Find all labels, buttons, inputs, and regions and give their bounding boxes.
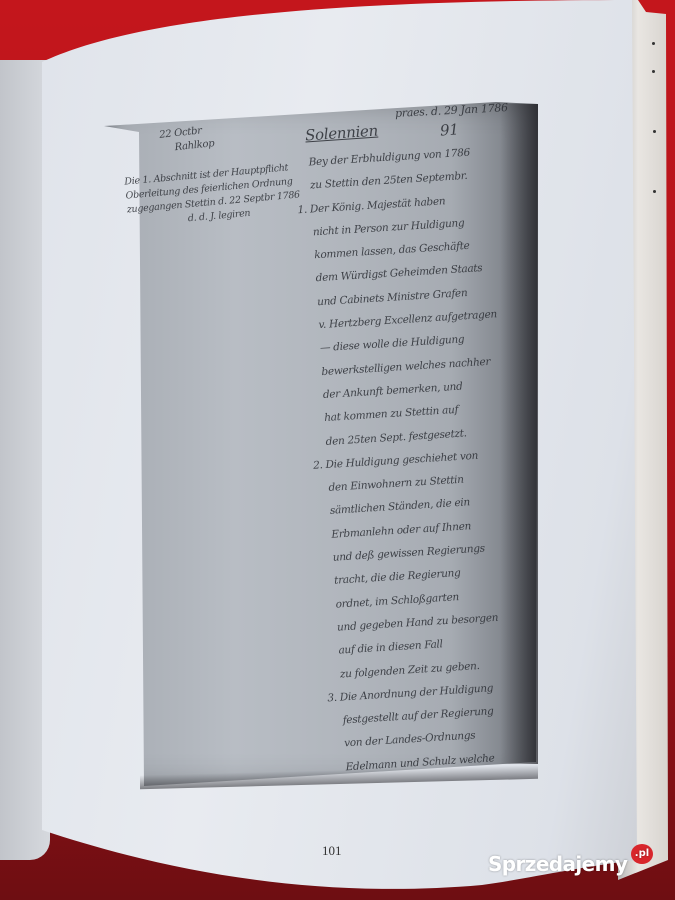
manuscript-body-text: Bey der Erbhuldigung von 1786zu Stettin … xyxy=(300,141,525,780)
page-edge-marks xyxy=(652,30,656,230)
manuscript-folio-number: 91 xyxy=(439,120,459,139)
sprzedajemy-watermark: Sprzedajemy .pl xyxy=(488,852,627,876)
watermark-pl-badge: .pl xyxy=(631,844,653,864)
manuscript-margin-top-left: 22 Octbr Rahlkop xyxy=(159,123,215,156)
watermark-text: Sprzedajemy xyxy=(488,852,627,876)
page-number: 101 xyxy=(322,843,342,859)
